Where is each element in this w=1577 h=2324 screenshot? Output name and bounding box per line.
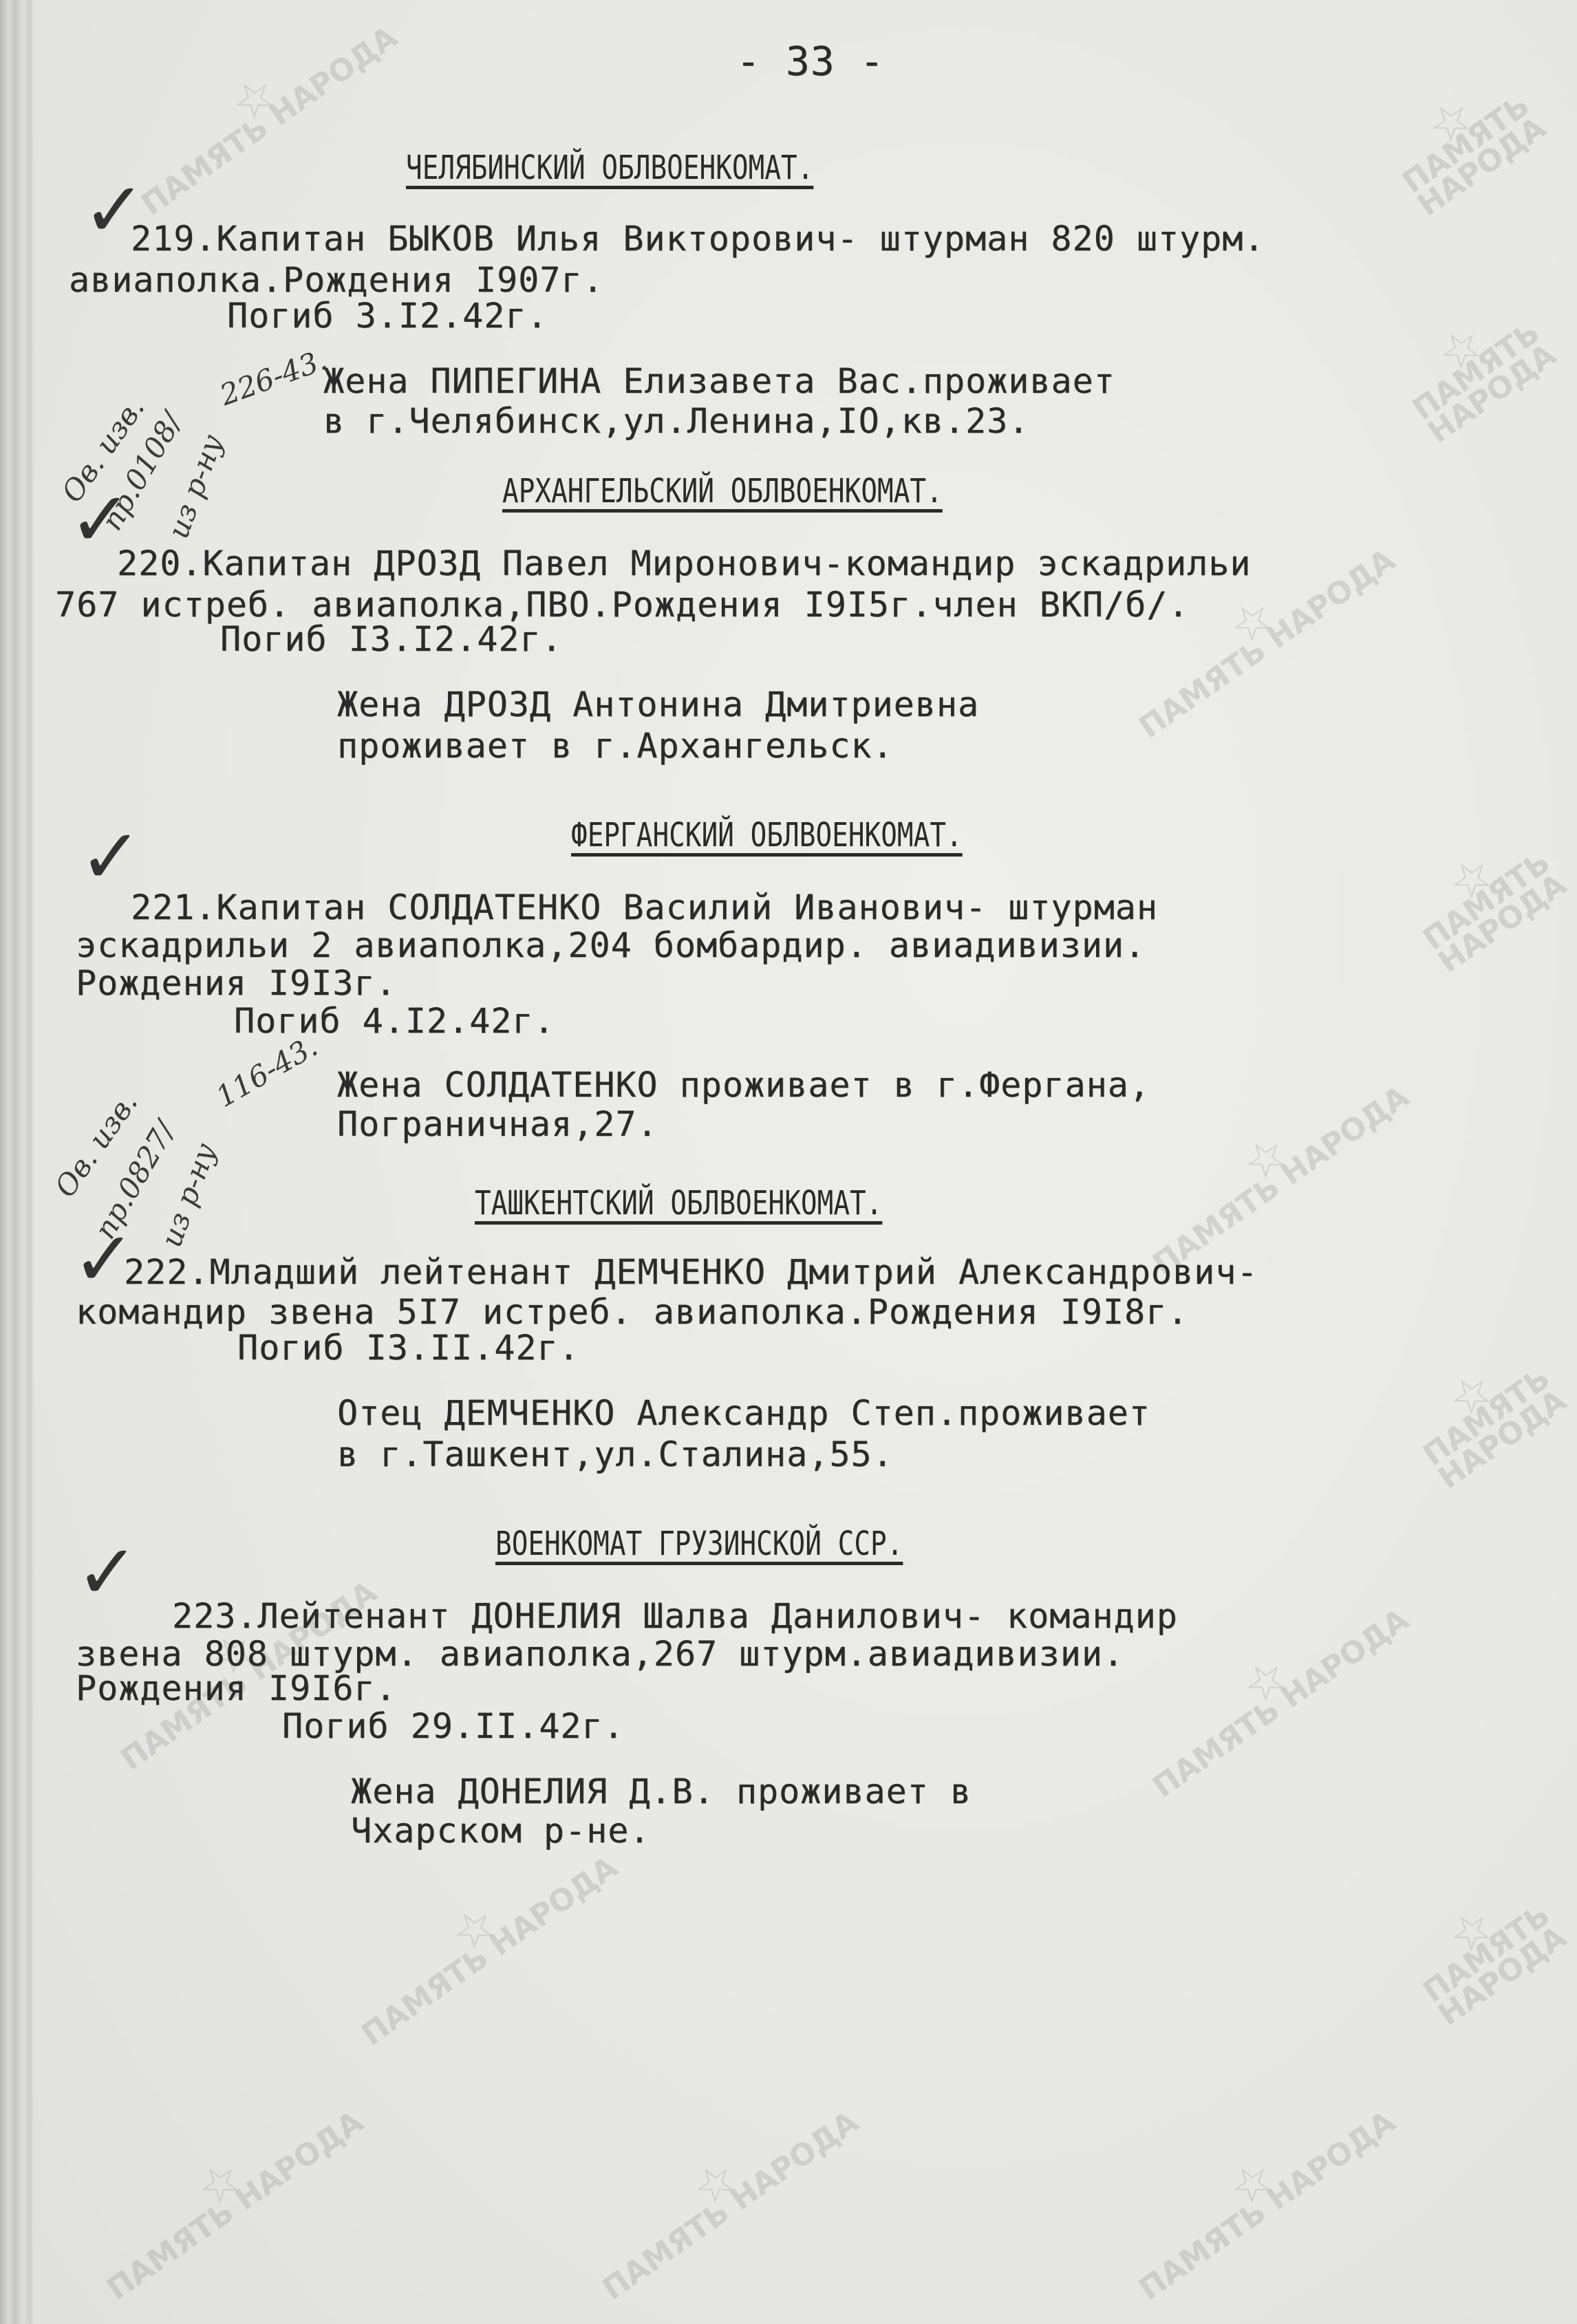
section-heading: ТАШКЕНТСКИЙ ОБЛВОЕНКОМАТ. (475, 1183, 882, 1223)
section-heading: ЧЕЛЯБИНСКИЙ ОБЛВОЕНКОМАТ. (406, 148, 813, 188)
relative-line: проживает в г.Архангельск. (337, 726, 894, 766)
watermark: ☆ПАМЯТЬ НАРОДА (1133, 1060, 1413, 1280)
entry-line: 222.Младший лейтенант ДЕМЧЕНКО Дмитрий А… (124, 1252, 1258, 1292)
entry-line: 220.Капитан ДРОЗД Павел Миронович-команд… (117, 544, 1251, 583)
entry-line: Рождения I9I3г. (76, 963, 397, 1003)
star-icon: ☆ (87, 2085, 352, 2282)
star-icon: ☆ (342, 1831, 606, 2027)
entry-line: 219.Капитан БЫКОВ Илья Викторович- штурм… (131, 219, 1265, 259)
entry-line: авиаполка.Рождения I907г. (69, 260, 604, 300)
relative-line: Отец ДЕМЧЕНКО Александр Степ.проживает (337, 1393, 1150, 1433)
entry-line: командир звена 5I7 истреб. авиаполка.Рож… (76, 1292, 1188, 1332)
entry-line: Рождения I9I6г. (76, 1668, 397, 1708)
section-heading: АРХАНГЕЛЬСКИЙ ОБЛВОЕНКОМАТ. (502, 471, 943, 511)
watermark: ☆ПАМЯТЬ НАРОДА (342, 1831, 622, 2050)
watermark: ☆ПАМЯТЬ НАРОДА (1119, 2085, 1399, 2305)
entry-line: 221.Капитан СОЛДАТЕНКО Василий Иванович-… (131, 887, 1158, 927)
document-page: ☆ПАМЯТЬ НАРОДА ☆ПАМЯТЬ НАРОДА ☆ПАМЯТЬ НА… (34, 0, 1577, 2324)
watermark: ☆ПАМЯТЬ НАРОДА (1352, 47, 1577, 242)
page-number: - 33 - (736, 41, 885, 81)
watermark: ☆ПАМЯТЬ НАРОДА (1371, 280, 1577, 463)
watermark: ☆ПАМЯТЬ НАРОДА (122, 1, 402, 220)
section-heading: ВОЕНКОМАТ ГРУЗИНСКОЙ ССР. (495, 1524, 903, 1564)
relative-line: Жена ПИПЕГИНА Елизавета Вас.проживает (323, 361, 1115, 401)
entry-line: Погиб I3.II.42г. (237, 1328, 580, 1368)
star-icon: ☆ (583, 2085, 847, 2282)
star-icon: ☆ (1389, 1332, 1553, 1458)
relative-line: Жена ДОНЕЛИЯ Д.В. проживает в (351, 1772, 972, 1811)
relative-line: в г.Челябинск,ул.Ленина,IO,кв.23. (323, 401, 1029, 441)
check-mark-icon: ✓ (76, 1534, 139, 1610)
relative-line: Жена СОЛДАТЕНКО проживает в г.Фергана, (337, 1065, 1150, 1105)
watermark: ☆ПАМЯТЬ НАРОДА (1389, 1332, 1577, 1503)
entry-line: эскадрильи 2 авиаполка,204 бомбардир. ав… (76, 925, 1146, 965)
check-mark-icon: ✓ (79, 819, 142, 894)
section-heading: ФЕРГАНСКИЙ ОБЛВОЕНКОМАТ. (571, 815, 963, 855)
star-icon: ☆ (1389, 816, 1553, 942)
star-icon: ☆ (1389, 1869, 1553, 1994)
page-binding-edge (0, 0, 34, 2324)
entry-line: 223.Лейтенант ДОНЕЛИЯ Шалва Данилович- к… (172, 1596, 1178, 1636)
entry-line: Погиб I3.I2.42г. (220, 619, 563, 659)
entry-line: Погиб 29.II.42г. (282, 1706, 625, 1746)
star-icon: ☆ (1119, 2085, 1384, 2282)
watermark: ☆ПАМЯТЬ НАРОДА (1389, 1869, 1577, 2040)
star-icon: ☆ (122, 1, 386, 197)
star-icon: ☆ (1371, 280, 1551, 418)
watermark: ☆ПАМЯТЬ НАРОДА (583, 2085, 863, 2305)
relative-line: в г.Ташкент,ул.Сталина,55. (337, 1434, 894, 1474)
star-icon: ☆ (1352, 47, 1549, 197)
watermark: ☆ПАМЯТЬ НАРОДА (1389, 816, 1577, 987)
relative-line: Пограничная,27. (337, 1104, 658, 1144)
watermark: ☆ПАМЯТЬ НАРОДА (87, 2085, 367, 2305)
relative-line: Жена ДРОЗД Антонина Дмитриевна (337, 685, 979, 724)
star-icon: ☆ (1133, 1060, 1397, 1257)
relative-line: Чхарском р-не. (351, 1811, 650, 1851)
